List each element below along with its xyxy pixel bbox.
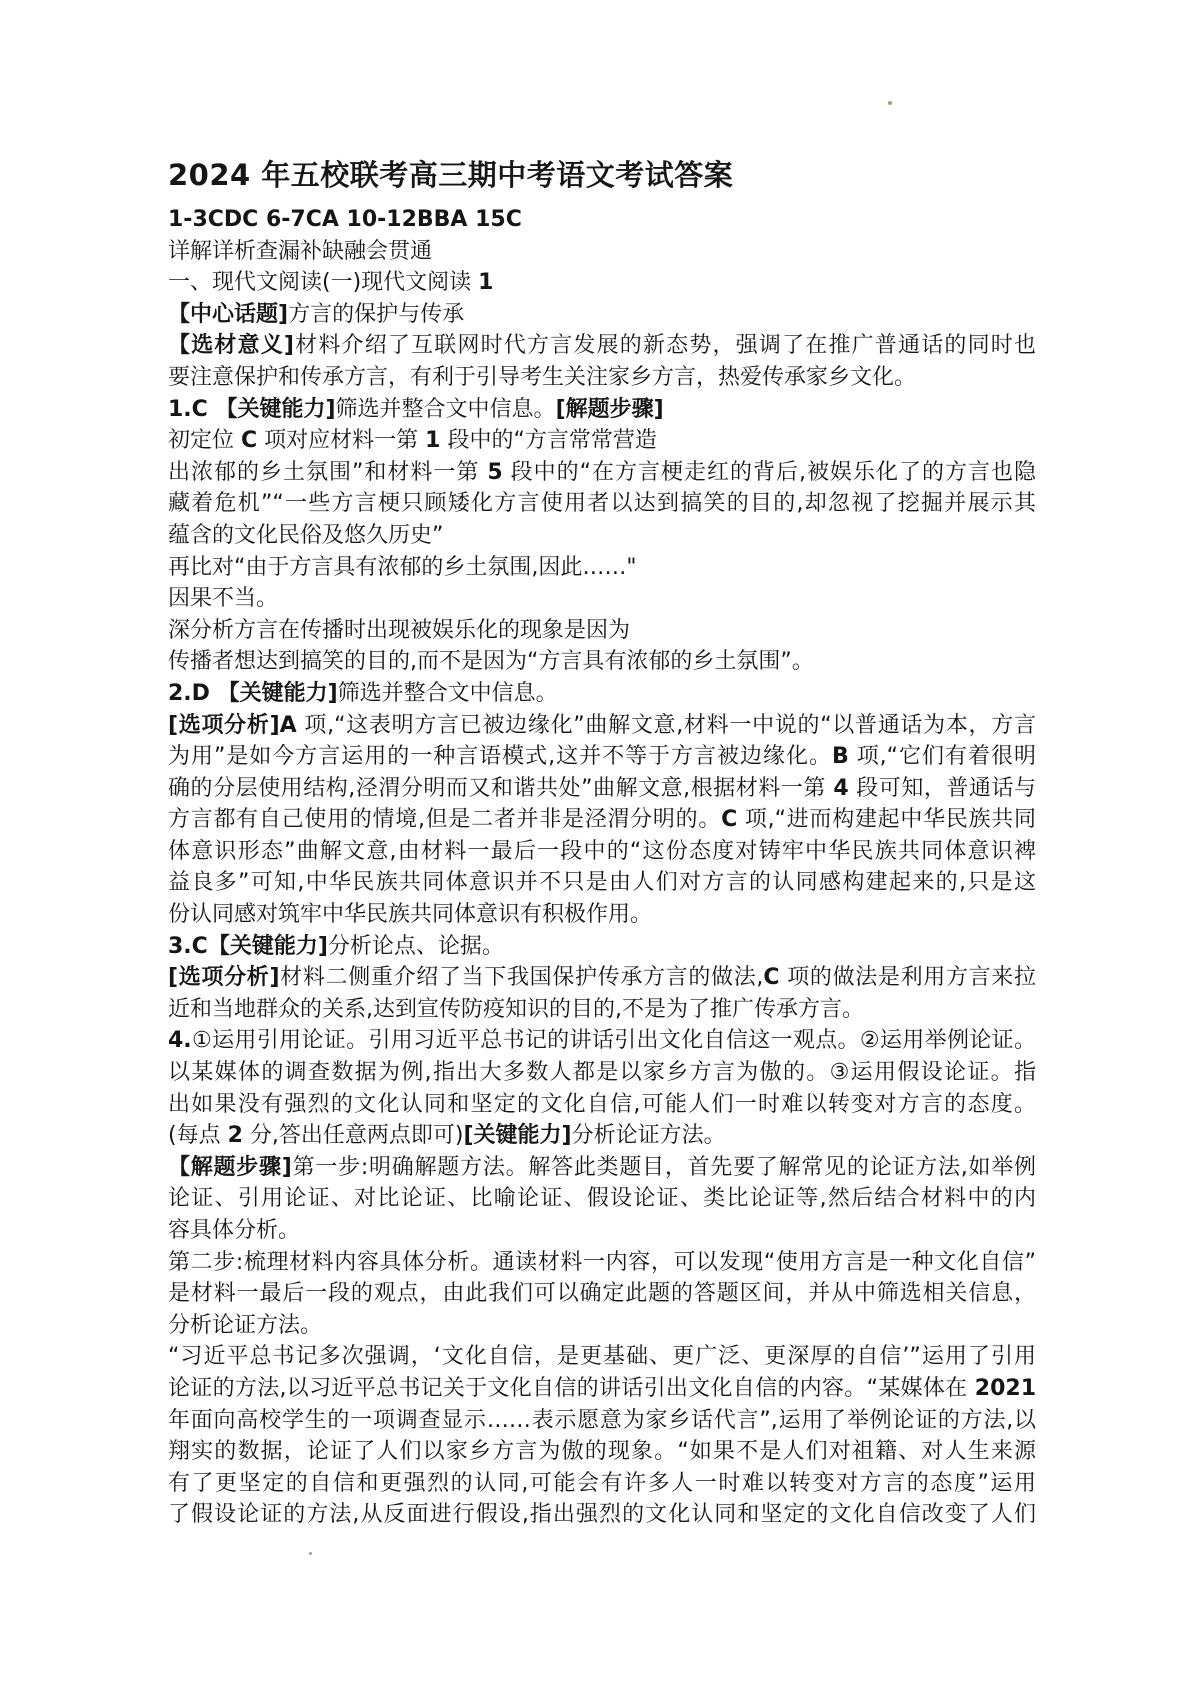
- text-line: 论证、引用论证、对比论证、比喻论证、假设论证、类比论证等,然后结合材料中的内: [168, 1183, 1036, 1215]
- text-line: 近和当地群众的关系,达到宣传防疫知识的目的,不是为了推广传承方言。: [168, 994, 1036, 1026]
- text-line: 份认同感对筑牢中华民族共同体意识有积极作用。: [168, 899, 1036, 931]
- text-line: [选项分析]材料二侧重介绍了当下我国保护传承方言的做法,C 项的做法是利用方言来…: [168, 962, 1036, 994]
- scan-speck: [309, 1552, 312, 1555]
- document-page: 2024 年五校联考高三期中考语文考试答案 1-3CDC 6-7CA 10-12…: [0, 0, 1200, 1698]
- text-line: 藏着危机”“一些方言梗只顾矮化方言使用者以达到搞笑的目的,却忽视了挖掘并展示其: [168, 488, 1036, 520]
- text-line: 益良多”可知,中华民族共同体意识并不只是由人们对方言的认同感构建起来的,只是这: [168, 867, 1036, 899]
- text-line: 为用”是如今方言运用的一种言语模式,这并不等于方言被边缘化。B 项,“它们有着很…: [168, 741, 1036, 773]
- text-line: 翔实的数据，论证了人们以家乡方言为傲的现象。“如果不是人们对祖籍、对人生来源: [168, 1436, 1036, 1468]
- text-line: 第二步:梳理材料内容具体分析。通读材料一内容，可以发现“使用方言是一种文化自信”: [168, 1247, 1036, 1279]
- answer-sheet-document: 2024 年五校联考高三期中考语文考试答案 1-3CDC 6-7CA 10-12…: [168, 156, 1036, 1531]
- text-line: 再比对“由于方言具有浓郁的乡土氛围,因此……": [168, 552, 1036, 584]
- text-line: 了假设论证的方法,从反面进行假设,指出强烈的文化认同和坚定的文化自信改变了人们: [168, 1499, 1036, 1531]
- text-line: 3.C【关键能力]分析论点、论据。: [168, 931, 1036, 963]
- text-line: 体意识形态”曲解文意,由材料一最后一段中的“这份态度对铸牢中华民族共同体意识裨: [168, 836, 1036, 868]
- text-line: 【选材意义]材料介绍了互联网时代方言发展的新态势，强调了在推广普通话的同时也: [168, 330, 1036, 362]
- text-line: 出浓郁的乡土氛围”和材料一第 5 段中的“在方言梗走红的背后,被娱乐化了的方言也…: [168, 457, 1036, 489]
- text-line: 要注意保护和传承方言，有利于引导考生关注家乡方言，热爱传承家乡文化。: [168, 362, 1036, 394]
- text-line: 1-3CDC 6-7CA 10-12BBA 15C: [168, 204, 1036, 236]
- text-line: 【解题步骤]第一步:明确解题方法。解答此类题目，首先要了解常见的论证方法,如举例: [168, 1152, 1036, 1184]
- text-line: 4.①运用引用论证。引用习近平总书记的讲话引出文化自信这一观点。②运用举例论证。: [168, 1025, 1036, 1057]
- text-line: “习近平总书记多次强调，‘文化自信，是更基础、更广泛、更深厚的自信’”运用了引用: [168, 1341, 1036, 1373]
- text-line: 一、现代文阅读(一)现代文阅读 1: [168, 267, 1036, 299]
- text-line: 是材料一最后一段的观点，由此我们可以确定此题的答题区间，并从中筛选相关信息，: [168, 1278, 1036, 1310]
- text-line: 1.C 【关键能力]筛选并整合文中信息。[解题步骤]: [168, 394, 1036, 426]
- document-body: 1-3CDC 6-7CA 10-12BBA 15C详解详析查漏补缺融会贯通一、现…: [168, 204, 1036, 1531]
- text-line: 蕴含的文化民俗及悠久历史”: [168, 520, 1036, 552]
- text-line: [选项分析]A 项,“这表明方言已被边缘化”曲解文意,材料一中说的“以普通话为本…: [168, 710, 1036, 742]
- text-line: 【中心话题]方言的保护与传承: [168, 299, 1036, 331]
- text-line: 2.D 【关键能力]筛选并整合文中信息。: [168, 678, 1036, 710]
- scan-speck: [888, 101, 892, 105]
- text-line: 有了更坚定的自信和更强烈的认同,可能会有许多人一时难以转变对方言的态度”运用: [168, 1468, 1036, 1500]
- text-line: 论证的方法,以习近平总书记关于文化自信的讲话引出文化自信的内容。“某媒体在 20…: [168, 1373, 1036, 1405]
- text-line: 因果不当。: [168, 583, 1036, 615]
- text-line: 以某媒体的调查数据为例,指出大多数人都是以家乡方言为傲的。③运用假设论证。指: [168, 1057, 1036, 1089]
- text-line: 初定位 C 项对应材料一第 1 段中的“方言常常营造: [168, 425, 1036, 457]
- page-title: 2024 年五校联考高三期中考语文考试答案: [168, 156, 1036, 194]
- text-line: 深分析方言在传播时出现被娱乐化的现象是因为: [168, 615, 1036, 647]
- text-line: 传播者想达到搞笑的目的,而不是因为“方言具有浓郁的乡土氛围”。: [168, 646, 1036, 678]
- text-line: 方言都有自己使用的情境,但是二者并非是泾渭分明的。C 项,“进而构建起中华民族共…: [168, 804, 1036, 836]
- text-line: (每点 2 分,答出任意两点即可)[关键能力]分析论证方法。: [168, 1120, 1036, 1152]
- text-line: 详解详析查漏补缺融会贯通: [168, 236, 1036, 268]
- text-line: 年面向高校学生的一项调查显示……表示愿意为家乡话代言”,运用了举例论证的方法,以: [168, 1405, 1036, 1437]
- text-line: 确的分层使用结构,泾渭分明而又和谐共处”曲解文意,根据材料一第 4 段可知，普通…: [168, 773, 1036, 805]
- text-line: 容具体分析。: [168, 1215, 1036, 1247]
- text-line: 分析论证方法。: [168, 1310, 1036, 1342]
- text-line: 出如果没有强烈的文化认同和坚定的文化自信,可能人们一时难以转变对方言的态度。: [168, 1089, 1036, 1121]
